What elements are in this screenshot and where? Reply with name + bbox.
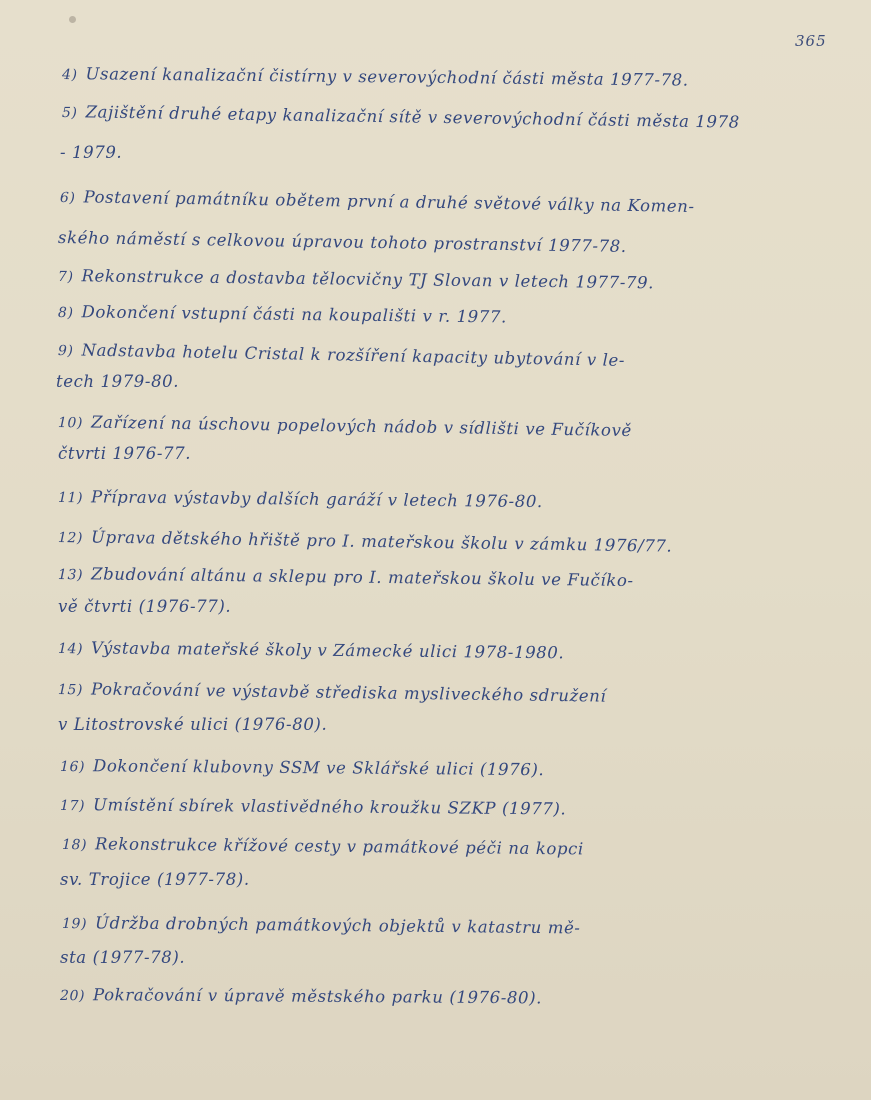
item-number: 20) xyxy=(60,988,85,1004)
item-12-line-1: 12)Úprava dětského hřiště pro I. mateřsk… xyxy=(58,527,673,556)
handwritten-page: 365 4)Usazení kanalizační čistírny v sev… xyxy=(0,0,871,1100)
item-18-line-2: sv. Trojice (1977-78). xyxy=(60,870,250,889)
item-number: 7) xyxy=(58,269,74,285)
item-number: 13) xyxy=(58,567,83,583)
item-text: - 1979. xyxy=(60,143,122,162)
item-text: Příprava výstavby dalších garáží v letec… xyxy=(91,487,543,511)
item-5-line-2: - 1979. xyxy=(60,143,122,162)
item-number: 12) xyxy=(58,530,83,546)
item-text: ského náměstí s celkovou úpravou tohoto … xyxy=(58,228,627,256)
item-number: 9) xyxy=(58,343,74,359)
item-11-line-1: 11)Příprava výstavby dalších garáží v le… xyxy=(58,487,543,511)
item-text: vě čtvrti (1976-77). xyxy=(58,597,231,616)
item-13-line-2: vě čtvrti (1976-77). xyxy=(58,597,231,616)
item-number: 10) xyxy=(58,415,83,431)
item-9-line-2: tech 1979-80. xyxy=(56,372,179,391)
item-text: Nadstavba hotelu Cristal k rozšíření kap… xyxy=(81,340,625,369)
item-number: 19) xyxy=(62,916,87,932)
item-text: Údržba drobných památkových objektů v ka… xyxy=(95,913,581,937)
item-19-line-1: 19)Údržba drobných památkových objektů v… xyxy=(62,913,581,937)
item-number: 17) xyxy=(60,798,85,814)
item-text: sv. Trojice (1977-78). xyxy=(60,870,250,889)
item-text: Postavení památníku obětem první a druhé… xyxy=(83,187,694,216)
item-6-line-1: 6)Postavení památníku obětem první a dru… xyxy=(60,187,695,216)
item-16-line-1: 16)Dokončení klubovny SSM ve Sklářské ul… xyxy=(60,756,544,779)
item-number: 11) xyxy=(58,490,83,506)
item-10-line-1: 10)Zařízení na úschovu popelových nádob … xyxy=(58,412,632,440)
item-text: Umístění sbírek vlastivědného kroužku SZ… xyxy=(93,795,566,818)
item-text: Výstavba mateřské školy v Zámecké ulici … xyxy=(91,638,564,662)
item-20-line-1: 20)Pokračování v úpravě městského parku … xyxy=(60,985,542,1007)
item-text: Rekonstrukce křížové cesty v památkové p… xyxy=(95,834,584,858)
item-text: Zařízení na úschovu popelových nádob v s… xyxy=(91,413,632,440)
item-text: Rekonstrukce a dostavba tělocvičny TJ Sl… xyxy=(81,266,654,292)
item-text: Usazení kanalizační čistírny v severovýc… xyxy=(85,64,688,89)
item-text: Dokončení vstupní části na koupališti v … xyxy=(81,302,507,326)
item-text: Zajištění druhé etapy kanalizační sítě v… xyxy=(85,102,739,131)
item-text: tech 1979-80. xyxy=(56,372,179,391)
page-number: 365 xyxy=(795,32,827,50)
item-number: 15) xyxy=(58,682,83,698)
item-number: 18) xyxy=(62,837,87,853)
item-number: 16) xyxy=(60,759,85,775)
item-number: 5) xyxy=(62,105,78,121)
item-9-line-1: 9)Nadstavba hotelu Cristal k rozšíření k… xyxy=(58,340,625,370)
item-number: 4) xyxy=(62,67,78,83)
item-19-line-2: sta (1977-78). xyxy=(60,948,185,967)
item-10-line-2: čtvrti 1976-77. xyxy=(58,444,191,463)
item-text: Dokončení klubovny SSM ve Sklářské ulici… xyxy=(93,756,544,779)
item-number: 6) xyxy=(60,190,76,206)
binding-hole xyxy=(69,16,76,23)
item-15-line-1: 15)Pokračování ve výstavbě střediska mys… xyxy=(58,679,607,706)
item-5-line-1: 5)Zajištění druhé etapy kanalizační sítě… xyxy=(62,102,740,132)
item-15-line-2: v Litostrovské ulici (1976-80). xyxy=(58,715,327,734)
item-6-line-2: ského náměstí s celkovou úpravou tohoto … xyxy=(58,228,627,256)
item-text: Pokračování ve výstavbě střediska mysliv… xyxy=(91,679,607,705)
item-7-line-1: 7)Rekonstrukce a dostavba tělocvičny TJ … xyxy=(58,266,654,292)
item-13-line-1: 13)Zbudování altánu a sklepu pro I. mate… xyxy=(58,564,634,590)
item-14-line-1: 14)Výstavba mateřské školy v Zámecké uli… xyxy=(58,638,564,662)
item-text: sta (1977-78). xyxy=(60,948,185,967)
item-text: Úprava dětského hřiště pro I. mateřskou … xyxy=(91,528,673,556)
item-number: 14) xyxy=(58,641,83,657)
item-8-line-1: 8)Dokončení vstupní části na koupališti … xyxy=(58,302,507,326)
item-text: v Litostrovské ulici (1976-80). xyxy=(58,715,327,734)
item-18-line-1: 18)Rekonstrukce křížové cesty v památkov… xyxy=(62,834,584,858)
item-text: čtvrti 1976-77. xyxy=(58,444,191,463)
item-4-line-1: 4)Usazení kanalizační čistírny v severov… xyxy=(62,64,689,90)
item-17-line-1: 17)Umístění sbírek vlastivědného kroužku… xyxy=(60,795,566,818)
item-text: Zbudování altánu a sklepu pro I. mateřsk… xyxy=(91,564,634,590)
item-number: 8) xyxy=(58,305,74,321)
item-text: Pokračování v úpravě městského parku (19… xyxy=(93,985,542,1007)
